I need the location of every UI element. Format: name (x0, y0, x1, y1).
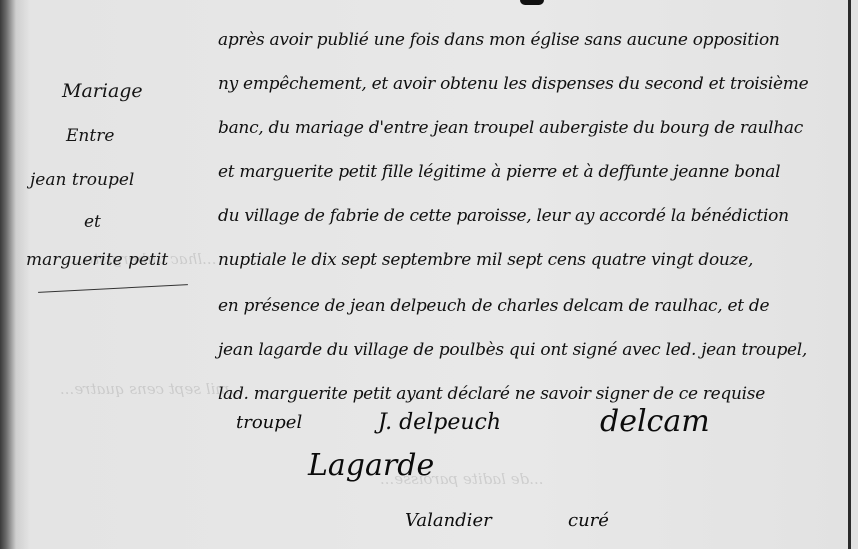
ink-blot (520, 0, 544, 5)
record-line: ny empêchement, et avoir obtenu les disp… (218, 74, 808, 94)
bleed-through-text: ...mil sept cens quatre... (60, 380, 244, 398)
margin-line: et (84, 212, 101, 232)
record-line: en présence de jean delpeuch de charles … (218, 296, 769, 316)
register-page: ...lhac aubergiste... ...mil sept cens q… (0, 0, 858, 549)
record-line: après avoir publié une fois dans mon égl… (218, 30, 780, 50)
signature-delpeuch: J. delpeuch (378, 410, 501, 435)
page-margin-rule (848, 0, 851, 549)
signature-troupel: troupel (236, 412, 302, 433)
margin-title: Mariage (62, 80, 143, 102)
record-line: banc, du mariage d'entre jean troupel au… (218, 118, 803, 138)
record-line: lad. marguerite petit ayant déclaré ne s… (218, 384, 765, 404)
signature-delcam: delcam (600, 404, 710, 439)
signature-valandier: Valandier (405, 510, 492, 531)
margin-underline (38, 284, 188, 293)
record-line: et marguerite petit fille légitime à pie… (218, 162, 780, 182)
signature-cure: curé (568, 510, 609, 531)
signature-lagarde: Lagarde (308, 448, 434, 483)
record-line: nuptiale le dix sept septembre mil sept … (218, 250, 753, 270)
margin-line: Entre (66, 126, 114, 146)
margin-groom: jean troupel (30, 170, 134, 190)
record-line: du village de fabrie de cette paroisse, … (218, 206, 789, 226)
record-line: jean lagarde du village de poulbès qui o… (218, 340, 807, 360)
margin-bride: marguerite petit (26, 250, 168, 270)
